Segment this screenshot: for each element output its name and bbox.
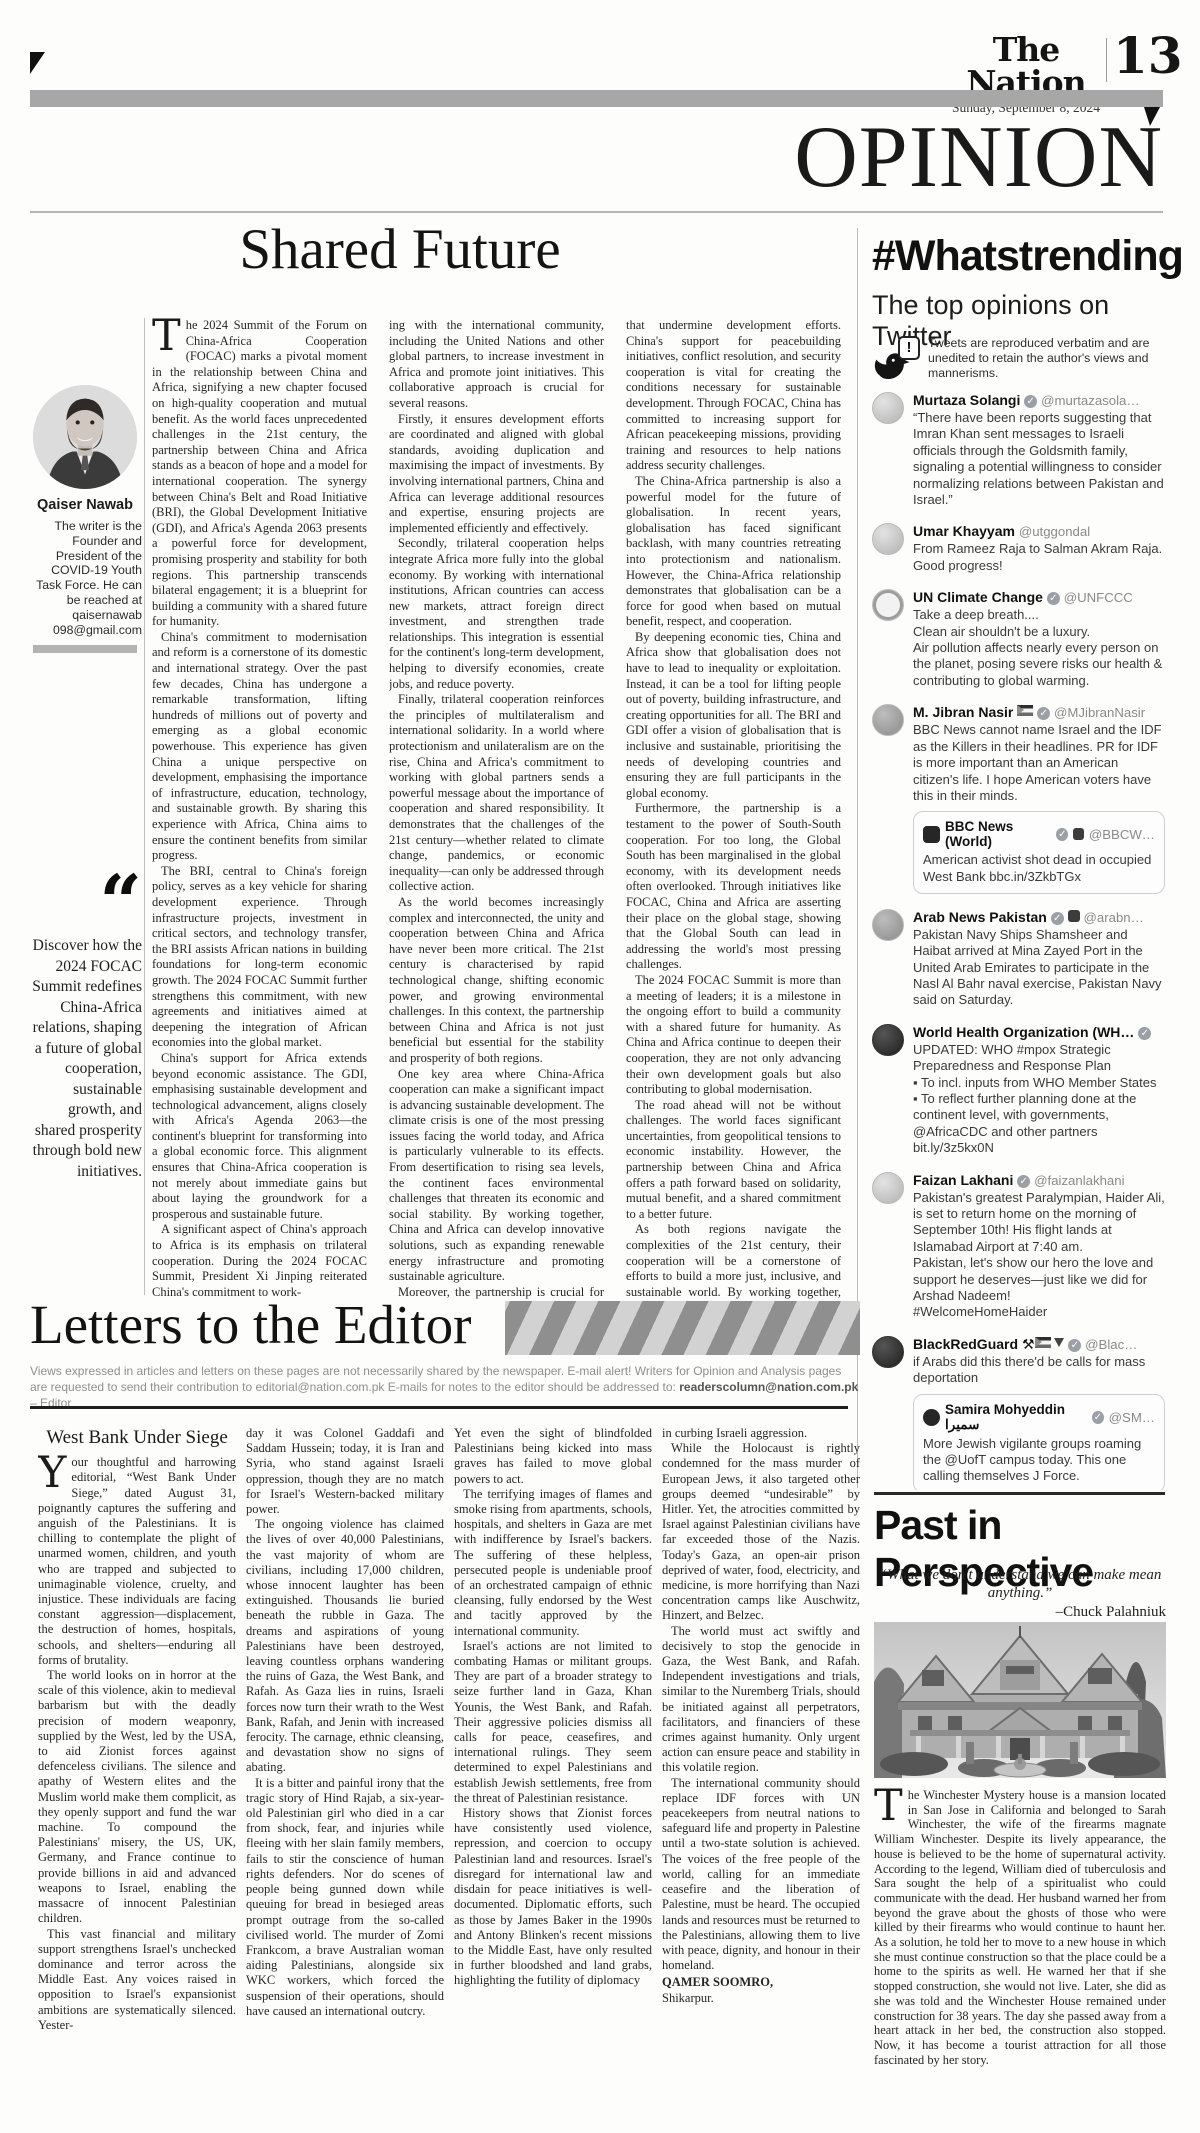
quoted-author-name: Samira Mohyeddin سميرا <box>945 1402 1087 1433</box>
tweet-author-name: Murtaza Solangi <box>913 392 1020 408</box>
twitter-bird-icon: ! <box>872 336 920 386</box>
tweet-blackredguard: BlackRedGuard ⚒ ✓ @Blac… if Arabs did th… <box>872 1336 1165 1490</box>
article-column-2: ing with the international community, in… <box>389 318 604 1300</box>
tweet-text: Pakistan's greatest Paralympian, Haider … <box>913 1190 1165 1321</box>
tweet-text: “There have been reports suggesting that… <box>913 410 1165 508</box>
author-portrait-illustration <box>33 385 137 489</box>
palestine-flag-icon <box>1017 705 1033 716</box>
quoted-tweet: BBC News (World) ✓ @BBCW… American activ… <box>913 811 1165 893</box>
avatar <box>872 589 904 621</box>
avatar <box>872 1172 904 1204</box>
tweet-handle: @Blac… <box>1085 1337 1137 1352</box>
tweet-author-name: BlackRedGuard <box>913 1336 1018 1352</box>
tweet-text: Pakistan Navy Ships Shamsheer and Haibat… <box>913 927 1165 1009</box>
letter-column-4-text: in curbing Israeli aggression.While the … <box>662 1426 860 1973</box>
tweet-author-name: Faizan Lakhani <box>913 1172 1013 1188</box>
quoted-author-name: BBC News (World) <box>945 819 1051 849</box>
avatar <box>872 909 904 941</box>
avatar <box>872 523 904 555</box>
pip-body: The Winchester Mystery house is a mansio… <box>874 1788 1166 2100</box>
author-rail: Qaiser Nawab The writer is the Founder a… <box>28 315 142 653</box>
tweet-text: Take a deep breath.... Clean air shouldn… <box>913 607 1165 689</box>
page-number: 13 <box>1113 26 1183 85</box>
palestine-flag-icon <box>1035 1337 1051 1348</box>
tweet-jibran-nasir: M. Jibran Nasir ✓ @MJibranNasir BBC News… <box>872 704 1165 893</box>
pip-rule <box>874 1492 1165 1495</box>
letter-signature-name: QAMER SOOMRO, <box>662 1975 860 1990</box>
verified-icon: ✓ <box>1056 828 1068 841</box>
pip-quote: “What we don't understand we can make me… <box>874 1566 1166 1602</box>
corner-flag-icon <box>30 52 45 74</box>
verified-icon: ✓ <box>1017 1175 1030 1188</box>
tweet-murtaza-solangi: Murtaza Solangi ✓ @murtazasola… “There h… <box>872 392 1165 508</box>
newspaper-page: The Nation Sunday, September 8, 2024 13 … <box>0 0 1200 2133</box>
letters-disclaimer: Views expressed in articles and letters … <box>30 1363 860 1411</box>
tweet-handle: @arabn… <box>1084 910 1144 925</box>
quoted-tweet: Samira Mohyeddin سميرا ✓ @SM… More Jewis… <box>913 1394 1165 1490</box>
verified-icon: ✓ <box>1068 1339 1081 1352</box>
tweet-handle: @faizanlakhani <box>1034 1173 1124 1188</box>
tweet-arab-news-pakistan: Arab News Pakistan ✓ @arabn… Pakistan Na… <box>872 909 1165 1009</box>
quoted-avatar <box>923 1409 940 1426</box>
verified-icon: ✓ <box>1024 395 1037 408</box>
pull-quote: “ Discover how the 2024 FOCAC Summit red… <box>28 880 142 1182</box>
pip-quote-attribution: –Chuck Palahniuk <box>874 1604 1166 1621</box>
tweet-author-name: M. Jibran Nasir <box>913 704 1013 720</box>
label-icon <box>1073 828 1084 840</box>
letter-title: West Bank Under Siege <box>38 1430 236 1445</box>
tweet-text: BBC News cannot name Israel and the IDF … <box>913 722 1165 804</box>
tweet-author-name: Arab News Pakistan <box>913 909 1047 925</box>
article-headline: Shared Future <box>150 220 650 280</box>
tweet-un-climate-change: UN Climate Change ✓ @UNFCCC Take a deep … <box>872 589 1165 689</box>
tweet-faizan-lakhani: Faizan Lakhani ✓ @faizanlakhani Pakistan… <box>872 1172 1165 1321</box>
header-divider <box>1106 38 1107 82</box>
triangle-icon <box>1054 1338 1064 1347</box>
tweet-text: From Rameez Raja to Salman Akram Raja. G… <box>913 541 1165 574</box>
whatstrending-title: #Whatstrending <box>872 232 1164 281</box>
tweet-umar-khayyam: Umar Khayyam @utggondal From Rameez Raja… <box>872 523 1165 574</box>
verified-icon: ✓ <box>1037 707 1050 720</box>
quoted-text: More Jewish vigilante groups roaming the… <box>923 1436 1155 1485</box>
avatar <box>872 1336 904 1368</box>
winchester-house-photo <box>874 1622 1166 1778</box>
letter-signature-city: Shikarpur. <box>662 1991 860 2006</box>
header-bar <box>30 90 1163 107</box>
author-photo <box>33 385 137 489</box>
avatar <box>872 1024 904 1056</box>
sidebar-divider <box>857 228 858 1488</box>
letters-rule <box>30 1406 848 1409</box>
quoted-text: American activist shot dead in occupied … <box>923 852 1155 884</box>
whatstrending-disclaimer: ! Tweets are reproduced verbatim and are… <box>872 336 1164 386</box>
avatar <box>872 704 904 736</box>
author-name: Qaiser Nawab <box>28 497 142 513</box>
house-illustration <box>874 1622 1166 1778</box>
tweet-handle: @murtazasola… <box>1041 393 1139 408</box>
quote-mark-icon: “ <box>28 880 142 926</box>
letters-heading: Letters to the Editor <box>30 1296 471 1354</box>
section-title: OPINION <box>660 112 1163 204</box>
bio-divider <box>33 645 137 653</box>
author-bio: The writer is the Founder and President … <box>28 519 142 637</box>
disclaimer-text: Tweets are reproduced verbatim and are u… <box>928 336 1164 382</box>
exclamation-bubble-icon: ! <box>898 336 920 360</box>
tweet-text: if Arabs did this there'd be calls for m… <box>913 1354 1165 1387</box>
tweet-handle: @utggondal <box>1019 524 1090 539</box>
letters-stripes-decoration <box>505 1301 860 1355</box>
quoted-handle: @SM… <box>1109 1410 1155 1425</box>
verified-icon: ✓ <box>1047 592 1060 605</box>
pull-quote-text: Discover how the 2024 FOCAC Summit redef… <box>28 936 142 1182</box>
tweet-author-name: World Health Organization (WH… <box>913 1024 1134 1040</box>
verified-icon: ✓ <box>1092 1411 1104 1424</box>
avatar <box>872 392 904 424</box>
column-rule <box>144 318 145 1295</box>
letter-column-3: Yet even the sight of blindfolded Palest… <box>454 1426 652 2090</box>
quoted-handle: @BBCW… <box>1089 827 1155 842</box>
letter-column-1: West Bank Under Siege Your thoughtful an… <box>38 1426 236 2090</box>
letters-editor-email: readerscolumn@nation.com.pk <box>679 1380 858 1394</box>
hammer-icon: ⚒ <box>1022 1336 1035 1352</box>
tweet-list: Murtaza Solangi ✓ @murtazasola… “There h… <box>872 392 1165 1490</box>
section-rule <box>30 211 1163 213</box>
tweet-author-name: Umar Khayyam <box>913 523 1015 539</box>
letter-column-4: in curbing Israeli aggression.While the … <box>662 1426 860 2090</box>
tweet-author-name: UN Climate Change <box>913 589 1043 605</box>
article-column-1: The 2024 Summit of the Forum on China-Af… <box>152 318 367 1300</box>
quoted-avatar <box>923 826 940 843</box>
tweet-handle: @MJibranNasir <box>1054 705 1145 720</box>
label-icon <box>1068 910 1080 922</box>
letter-column-2: day it was Colonel Gaddafi and Saddam Hu… <box>246 1426 444 2090</box>
tweet-text: UPDATED: WHO #mpox Strategic Preparednes… <box>913 1042 1165 1157</box>
verified-icon: ✓ <box>1138 1027 1151 1040</box>
tweet-handle: @UNFCCC <box>1064 590 1133 605</box>
tweet-who: World Health Organization (WH… ✓ UPDATED… <box>872 1024 1165 1157</box>
verified-icon: ✓ <box>1051 912 1064 925</box>
article-column-3: that undermine development efforts. Chin… <box>626 318 841 1300</box>
letter-column-1-text: Your thoughtful and harrowing editorial,… <box>38 1455 236 2033</box>
